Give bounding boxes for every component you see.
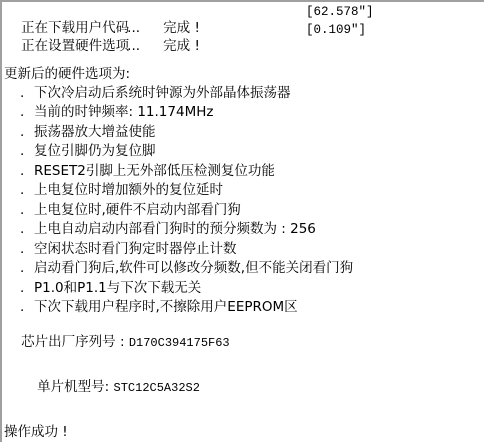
- option-text: 复位引脚仍为复位脚: [34, 143, 156, 159]
- status-timing: [0.109"]: [306, 22, 366, 38]
- mcu-model-line: 单片机型号: STC12C5A32S2: [20, 363, 200, 379]
- option-text: P1.0和P1.1与下次下载无关: [34, 280, 201, 296]
- option-text: 下次下载用户程序时,不擦除用户EEPROM区: [34, 299, 298, 315]
- bullet-icon: .: [20, 299, 24, 315]
- option-text: 上电复位时,硬件不启动内部看门狗: [34, 202, 241, 218]
- serial-number-line: 芯片出厂序列号 : D170C394175F63: [4, 318, 230, 334]
- status-dots: ...: [127, 38, 163, 54]
- option-text: 空闲状态时看门狗定时器停止计数: [34, 241, 237, 257]
- bullet-icon: .: [20, 163, 24, 179]
- final-status: 操作成功 !: [4, 424, 68, 440]
- bullet-icon: .: [20, 241, 24, 257]
- option-text: 振荡器放大增益使能: [34, 124, 156, 140]
- bullet-icon: .: [20, 104, 24, 120]
- bullet-icon: .: [20, 182, 24, 198]
- mcu-model-label: 单片机型号:: [37, 379, 113, 395]
- bullet-icon: .: [20, 202, 24, 218]
- option-text: RESET2引脚上无外部低压检测复位功能: [34, 163, 275, 179]
- bullet-icon: .: [20, 280, 24, 296]
- bullet-icon: .: [20, 260, 24, 276]
- status-timing: [62.578"]: [306, 4, 374, 20]
- bullet-icon: .: [20, 124, 24, 140]
- option-text: 上电自动启动内部看门狗时的预分频数为 : 256: [34, 221, 316, 237]
- bullet-icon: .: [20, 221, 24, 237]
- option-text: 当前的时钟频率: 11.174MHz: [34, 104, 213, 120]
- option-text: 下次冷启动后系统时钟源为外部晶体振荡器: [34, 85, 291, 101]
- option-text: 上电复位时增加额外的复位延时: [34, 182, 223, 198]
- download-log-panel[interactable]: 正在下载用户代码...完成 ! [62.578"] 正在设置硬件选项...完成 …: [0, 0, 484, 442]
- option-text: 启动看门狗后,软件可以修改分频数,但不能关闭看门狗: [34, 260, 353, 276]
- status-label: 正在设置硬件选项: [21, 38, 127, 54]
- status-result: 完成 !: [163, 38, 200, 54]
- mcu-model-value: STC12C5A32S2: [114, 381, 200, 395]
- options-heading: 更新后的硬件选项为:: [4, 66, 130, 82]
- bullet-icon: .: [20, 143, 24, 159]
- status-line-download-code: 正在下载用户代码...完成 ! [62.578"]: [4, 4, 200, 20]
- serial-number-value: D170C394175F63: [129, 336, 230, 350]
- bullet-icon: .: [20, 85, 24, 101]
- status-line-set-hardware-options: 正在设置硬件选项...完成 ! [0.109"]: [4, 22, 200, 38]
- serial-number-label: 芯片出厂序列号 :: [21, 334, 129, 350]
